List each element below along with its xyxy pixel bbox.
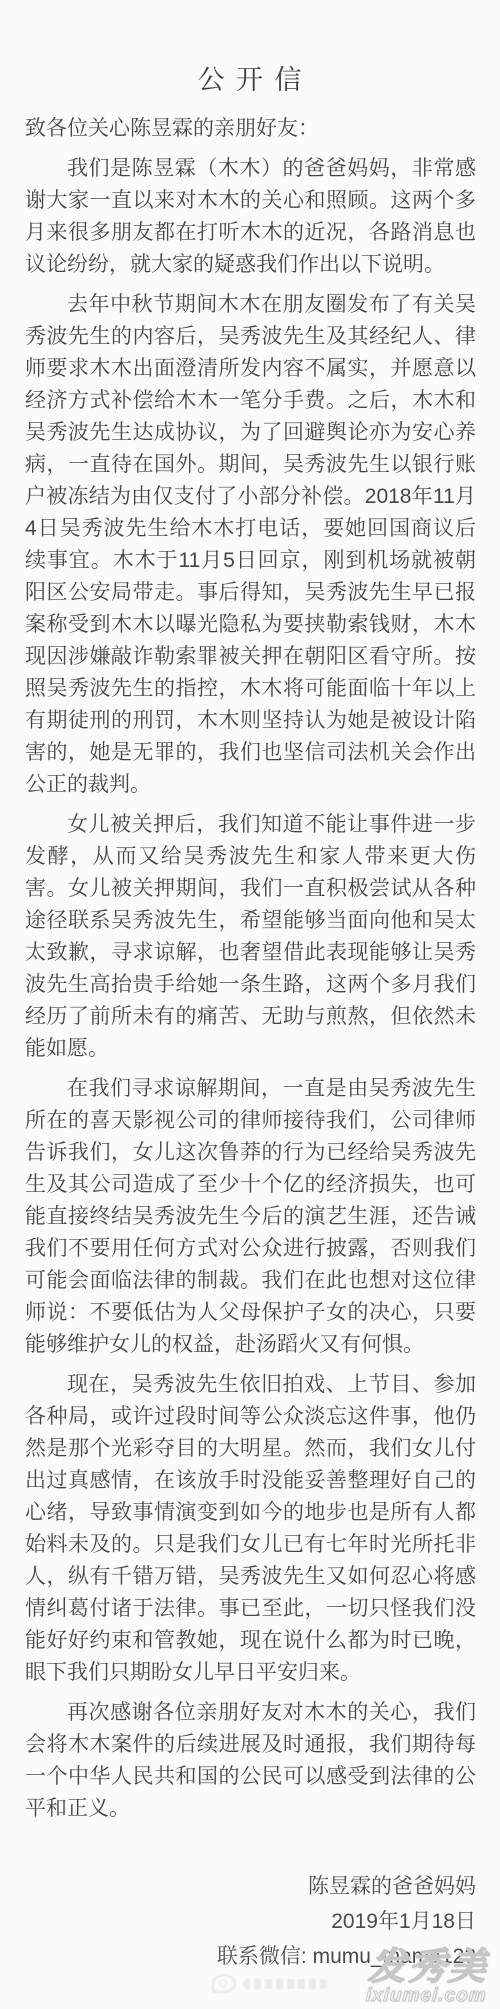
open-letter-document: 公 开 信 致各位关心陈昱霖的亲朋好友： 我们是陈昱霖（木木）的爸爸妈妈，非常感… [0, 0, 500, 2009]
letter-paragraph-1: 我们是陈昱霖（木木）的爸爸妈妈，非常感谢大家一直以来对木木的关心和照顾。这两个多… [25, 153, 476, 281]
letter-title: 公 开 信 [25, 58, 476, 97]
signature-contact: 联系微信: mumu_mama123 [25, 1941, 476, 1973]
letter-body: 致各位关心陈昱霖的亲朋好友： 我们是陈昱霖（木木）的爸爸妈妈，非常感谢大家一直以… [25, 113, 476, 1825]
letter-paragraph-2: 去年中秋节期间木木在朋友圈发布了有关吴秀波先生的内容后，吴秀波先生及其经纪人、律… [25, 289, 476, 801]
weibo-watermark-text-blur [243, 1979, 329, 1989]
letter-paragraph-6: 再次感谢各位亲朋好友对木木的关心，我们会将木木案件的后续进展及时通报，我们期待每… [25, 1697, 476, 1825]
site-watermark-url: ixiumei.com [365, 1985, 487, 2007]
weibo-watermark [212, 1974, 329, 1993]
signature-date: 2019年1月18日 [25, 1906, 476, 1938]
weibo-eye-icon [212, 1974, 236, 1993]
letter-paragraph-3: 女儿被关押后，我们知道不能让事件进一步发酵，从而又给吴秀波先生和家人带来更大伤害… [25, 809, 476, 1065]
signature-block: 陈昱霖的爸爸妈妈 2019年1月18日 联系微信: mumu_mama123 [25, 1871, 476, 1973]
letter-paragraph-4: 在我们寻求谅解期间，一直是由吴秀波先生所在的喜天影视公司的律师接待我们，公司律师… [25, 1073, 476, 1361]
letter-paragraph-5: 现在，吴秀波先生依旧拍戏、上节目、参加各种局，或许过段时间等公众淡忘这件事，他仍… [25, 1369, 476, 1689]
letter-salutation: 致各位关心陈昱霖的亲朋好友： [25, 113, 476, 145]
signature-name: 陈昱霖的爸爸妈妈 [25, 1871, 476, 1903]
